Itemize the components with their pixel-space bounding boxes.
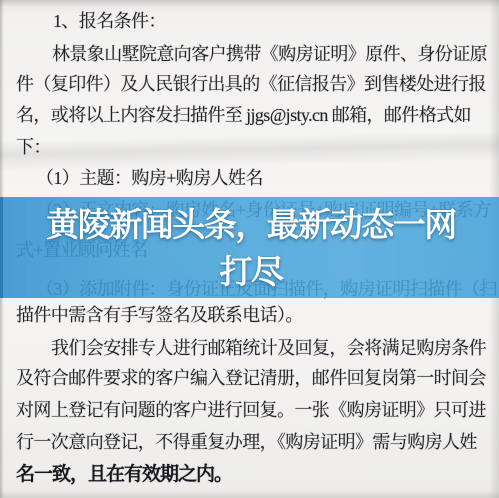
document-line: 及符合邮件要求的客户编入登记清册，邮件回复岗第一时间会 [16, 364, 486, 390]
document-line: 名一致，且在有效期之内。 [16, 459, 232, 486]
photo-shadow-top [0, 0, 499, 7]
photo-shadow-bottom [0, 490, 499, 498]
headline-text-line1: 黄陵新闻头条，最新动态一网 [46, 201, 456, 248]
news-article-photo: 1、报名条件： 林景象山墅院意向客户携带《购房证明》原件、身份证原 件（复印件）… [0, 0, 499, 498]
headline-banner: 黄陵新闻头条，最新动态一网 打尽 [0, 197, 499, 298]
document-line: 件（复印件）及人民银行出具的《征信报告》到售楼处进行报 [16, 70, 486, 96]
document-line: 1、报名条件： [53, 7, 166, 33]
document-line: 描件中需含有手写签名及联系电话）。 [16, 301, 303, 327]
headline-text-line2: 打尽 [220, 248, 283, 295]
document-line: 我们会安排专人进行邮箱统计及回复，会将满足购房条件 [51, 334, 486, 360]
document-line: （1）主题：购房+购房人姓名 [36, 164, 263, 190]
document-line: 下： [16, 133, 51, 159]
document-line: 行一次意向登记，不得重复办理，《购房证明》需与购房人姓 [16, 428, 477, 454]
document-line: 对网上登记有问题的客户进行回复。一张《购房证明》只可进 [16, 396, 486, 422]
document-line: 名，或将以上内容发扫描件至 jjgs@jsty.cn 邮箱，邮件格式如 [16, 101, 471, 127]
document-line: 林景象山墅院意向客户携带《购房证明》原件、身份证原 [52, 40, 487, 66]
